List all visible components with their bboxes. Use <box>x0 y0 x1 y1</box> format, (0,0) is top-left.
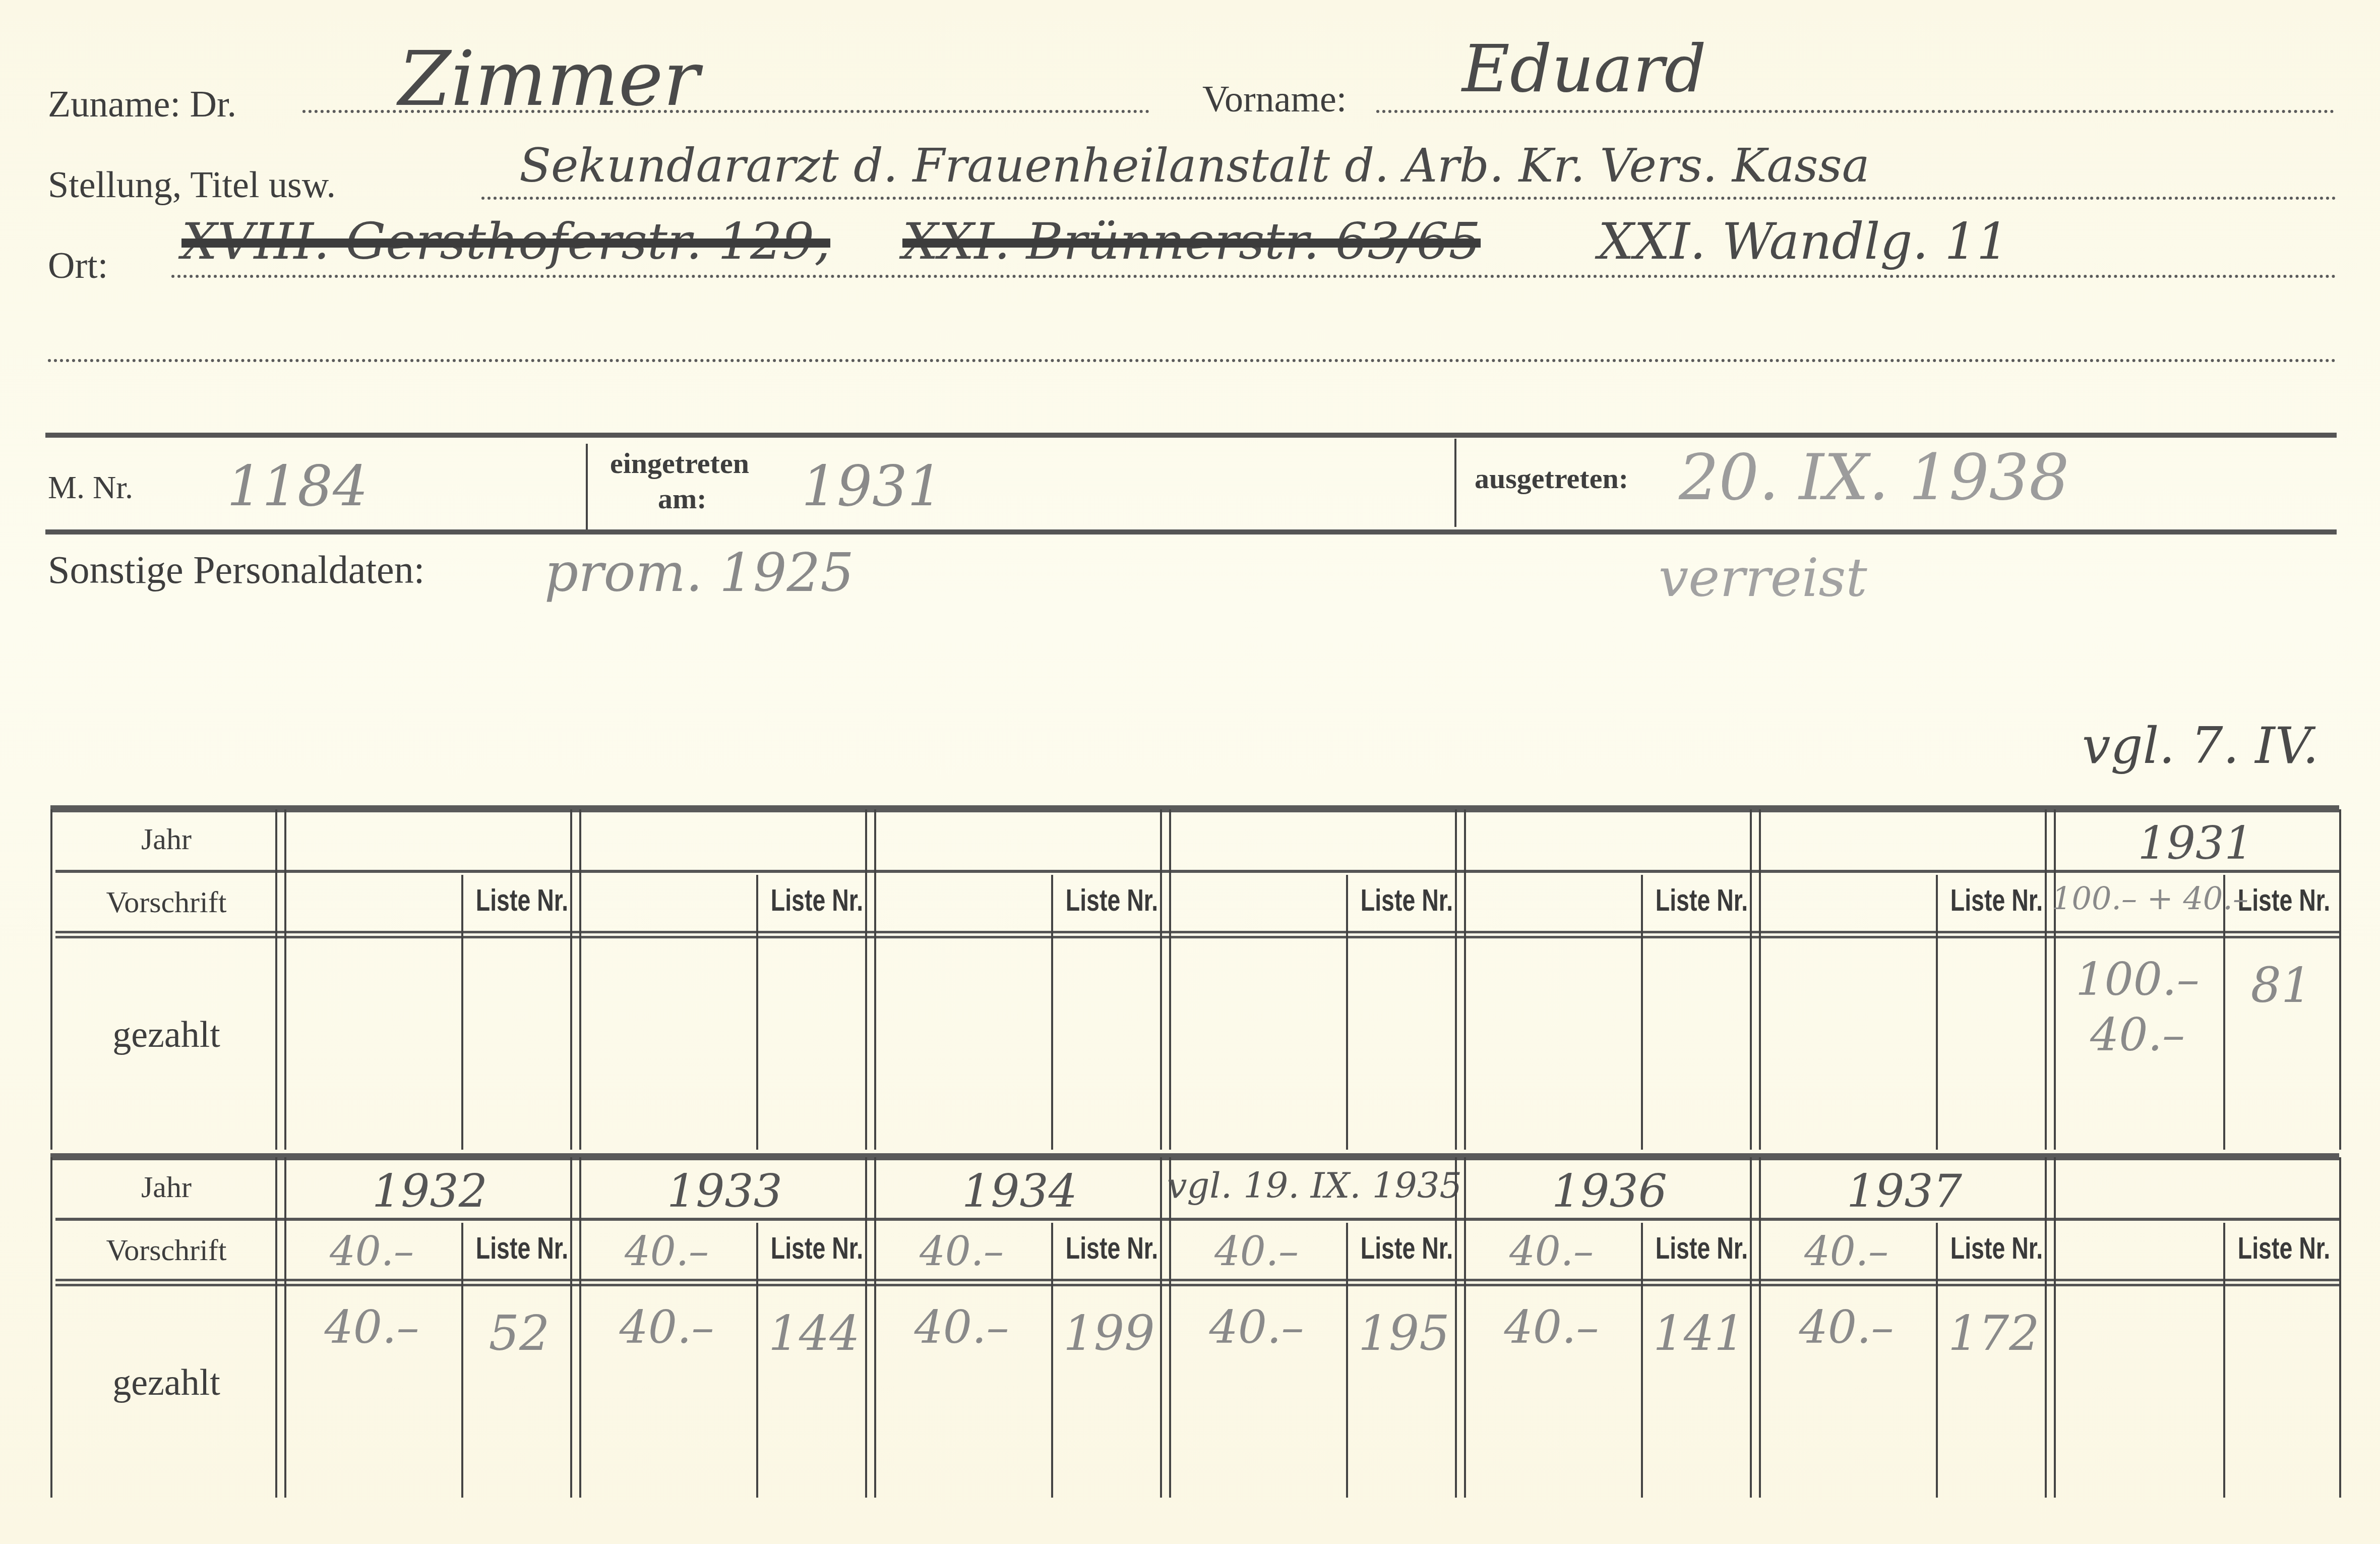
prescribed-value: 40.– <box>1462 1228 1641 1275</box>
list-no-header: Liste Nr. <box>476 1230 563 1266</box>
place-value-current: XXI. Wandlg. 11 <box>1598 212 2008 271</box>
place-label: Ort: <box>48 245 108 287</box>
position-label: Stellung, Titel usw. <box>48 164 336 207</box>
year-column-divider <box>570 809 581 1150</box>
row-label-paid: gezahlt <box>50 1014 282 1056</box>
membership-divider-1 <box>586 444 588 529</box>
row-label-paid: gezahlt <box>50 1361 282 1404</box>
left-label: ausgetreten: <box>1475 461 1628 495</box>
paid-value: 40.– <box>1167 1301 1346 1354</box>
place-value-old-2: XXI. Brünnerstr. 63/65 <box>902 212 1481 271</box>
corner-note: vgl. 7. IV. <box>2082 716 2318 775</box>
prescribed-row-rule-2 <box>55 936 2339 938</box>
list-no-value: 141 <box>1641 1306 1757 1361</box>
table-right-border <box>2339 1157 2341 1498</box>
row-label-prescribed: Vorschrift <box>50 885 282 920</box>
membership-card: Zuname: Dr. Zimmer Vorname: Eduard Stell… <box>0 0 2380 1544</box>
table-block-top-rule <box>50 805 2339 812</box>
position-line <box>481 197 2337 200</box>
row-label-prescribed: Vorschrift <box>50 1233 282 1268</box>
prescribed-row-rule-1 <box>55 931 2339 933</box>
firstname-value: Eduard <box>1462 30 1706 107</box>
year-value: 1937 <box>1757 1165 2052 1218</box>
member-no-label: M. Nr. <box>48 469 133 506</box>
year-value: 1932 <box>282 1165 577 1218</box>
list-no-header: Liste Nr. <box>2238 882 2325 918</box>
left-value: 20. IX. 1938 <box>1679 441 2069 514</box>
list-no-header: Liste Nr. <box>1361 882 1448 918</box>
membership-top-rule <box>45 433 2337 438</box>
list-no-divider <box>1346 875 1348 1150</box>
firstname-line <box>1376 110 2334 113</box>
surname-line <box>302 110 1149 113</box>
place-value-old-1: XVIII. Gersthoferstr. 129, <box>181 212 830 271</box>
list-no-divider <box>2223 1223 2225 1498</box>
table-right-border <box>2339 809 2341 1150</box>
prescribed-value: 40.– <box>577 1228 756 1275</box>
list-no-value: 52 <box>461 1306 577 1361</box>
table-left-border <box>50 809 52 1150</box>
year-column-divider <box>2045 1157 2056 1498</box>
year-column-divider <box>1160 809 1171 1150</box>
paid-value: 100.– <box>2052 953 2223 1006</box>
other-data-label: Sonstige Personaldaten: <box>48 547 424 592</box>
list-no-header: Liste Nr. <box>1066 882 1153 918</box>
list-no-divider <box>461 875 463 1150</box>
list-no-header: Liste Nr. <box>1950 882 2038 918</box>
list-no-header: Liste Nr. <box>1656 882 1743 918</box>
year-value: vgl. 19. IX. 1935 <box>1167 1165 1462 1206</box>
list-no-value: 195 <box>1346 1306 1462 1361</box>
paid-value: 40.– <box>577 1301 756 1354</box>
year-value: 1933 <box>577 1165 872 1218</box>
list-no-divider <box>1936 875 1938 1150</box>
prescribed-value: 40.– <box>1167 1228 1346 1275</box>
list-no-divider <box>1641 875 1643 1150</box>
membership-bottom-rule <box>45 529 2337 535</box>
row-label-year: Jahr <box>50 1170 282 1205</box>
year-value: 1934 <box>872 1165 1167 1218</box>
member-no-value: 1184 <box>227 454 368 518</box>
paid-value: 40.– <box>282 1301 461 1354</box>
left-note: verreist <box>1659 547 1867 609</box>
year-column-divider <box>1750 809 1761 1150</box>
prescribed-value: 40.– <box>282 1228 461 1275</box>
prescribed-value: 100.– + 40.– <box>2052 880 2223 917</box>
year-column-divider <box>1455 809 1466 1150</box>
list-no-value: 172 <box>1936 1306 2052 1361</box>
list-no-value: 199 <box>1051 1306 1167 1361</box>
list-no-header: Liste Nr. <box>771 882 858 918</box>
year-column-divider <box>275 809 286 1150</box>
list-no-header: Liste Nr. <box>1656 1230 1743 1266</box>
list-no-header: Liste Nr. <box>2238 1230 2325 1266</box>
surname-label: Zuname: Dr. <box>48 83 236 126</box>
extra-line <box>48 359 2337 362</box>
list-no-header: Liste Nr. <box>476 882 563 918</box>
joined-label-line2: am: <box>658 482 707 515</box>
joined-label-line1: eingetreten <box>610 446 749 480</box>
year-value: 1931 <box>2052 817 2339 870</box>
year-value: 1936 <box>1462 1165 1757 1218</box>
other-data-value: prom. 1925 <box>544 542 854 604</box>
list-no-header: Liste Nr. <box>1361 1230 1448 1266</box>
prescribed-value: 40.– <box>1757 1228 1936 1275</box>
year-row-rule <box>55 870 2339 873</box>
table-block-top-rule <box>50 1153 2339 1160</box>
place-line <box>171 275 2337 278</box>
firstname-label: Vorname: <box>1202 78 1347 121</box>
list-no-header: Liste Nr. <box>1950 1230 2038 1266</box>
paid-value: 40.– <box>2052 1008 2223 1061</box>
list-no-header: Liste Nr. <box>1066 1230 1153 1266</box>
row-label-year: Jahr <box>50 822 282 857</box>
prescribed-value: 40.– <box>872 1228 1051 1275</box>
year-row-rule <box>55 1218 2339 1221</box>
list-no-divider <box>756 875 758 1150</box>
joined-value: 1931 <box>802 454 943 518</box>
list-no-header: Liste Nr. <box>771 1230 858 1266</box>
table-left-border <box>50 1157 52 1498</box>
paid-value: 40.– <box>1757 1301 1936 1354</box>
paid-value: 40.– <box>872 1301 1051 1354</box>
membership-divider-2 <box>1454 439 1456 527</box>
position-value: Sekundararzt d. Frauenheilanstalt d. Arb… <box>519 139 1870 193</box>
list-no-value: 144 <box>756 1306 872 1361</box>
list-no-value: 81 <box>2223 958 2339 1014</box>
year-column-divider <box>865 809 876 1150</box>
paid-value: 40.– <box>1462 1301 1641 1354</box>
prescribed-row-rule-2 <box>55 1284 2339 1286</box>
list-no-divider <box>1051 875 1053 1150</box>
prescribed-row-rule-1 <box>55 1279 2339 1281</box>
